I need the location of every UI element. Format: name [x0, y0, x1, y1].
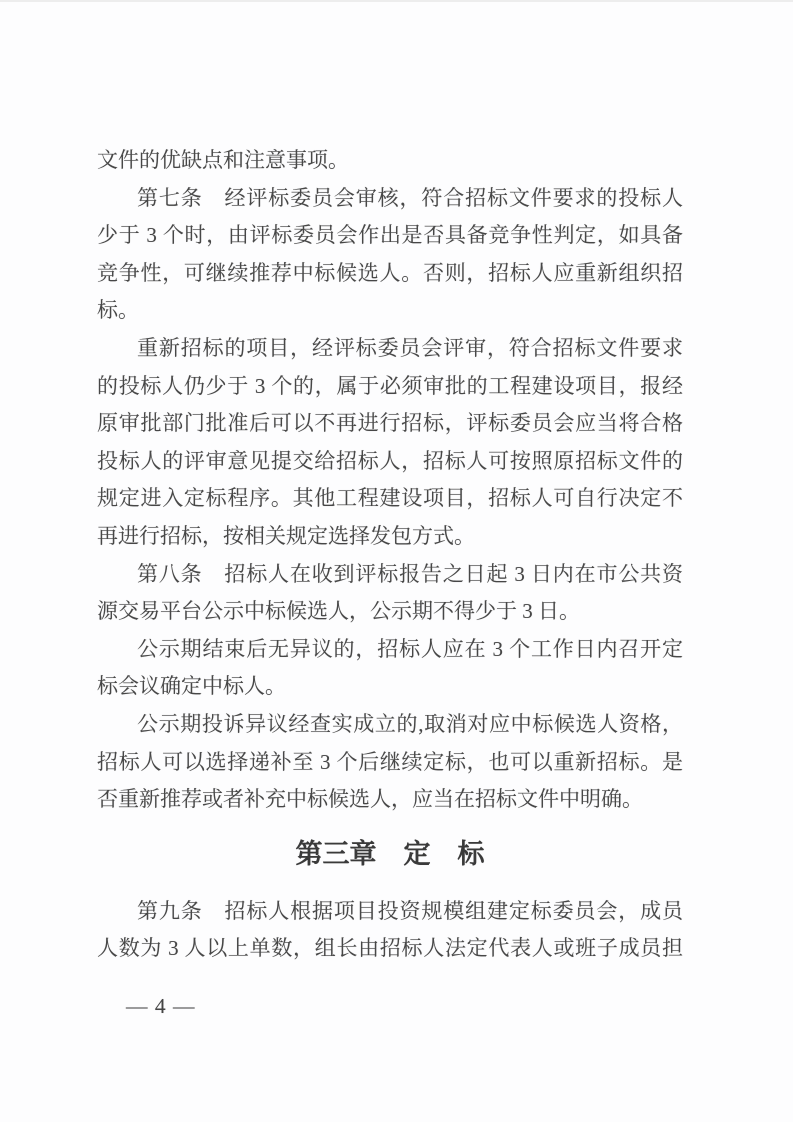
text-line: 公示期结束后无异议的，招标人应在 3 个工作日内召开定: [97, 631, 683, 669]
text-line: 标会议确定中标人。: [97, 668, 683, 706]
text-line: 文件的优缺点和注意事项。: [97, 142, 683, 180]
text-line: 招标人可以选择递补至 3 个后继续定标，也可以重新招标。是: [97, 744, 683, 782]
article-8-paragraph: 第八条 招标人在收到评标报告之日起 3 日内在市公共资 源交易平台公示中标候选人…: [97, 556, 683, 631]
rebid-procedure-paragraph: 重新招标的项目，经评标委员会评审，符合招标文件要求 的投标人仍少于 3 个的，属…: [97, 330, 683, 556]
text-line: 第七条 经评标委员会审核，符合招标文件要求的投标人: [97, 180, 683, 218]
chapter-3-heading: 第三章 定 标: [97, 834, 683, 874]
text-line: 源交易平台公示中标候选人，公示期不得少于 3 日。: [97, 593, 683, 631]
paragraph-continued: 文件的优缺点和注意事项。: [97, 142, 683, 180]
page-number: — 4 —: [126, 993, 196, 1019]
text-line: 投标人的评审意见提交给招标人，招标人可按照原招标文件的: [97, 443, 683, 481]
text-line: 否重新推荐或者补充中标候选人，应当在招标文件中明确。: [97, 781, 683, 819]
document-body: 文件的优缺点和注意事项。 第七条 经评标委员会审核，符合招标文件要求的投标人 少…: [97, 142, 683, 968]
publicity-no-objection-paragraph: 公示期结束后无异议的，招标人应在 3 个工作日内召开定 标会议确定中标人。: [97, 631, 683, 706]
text-line: 标。: [97, 292, 683, 330]
article-7-paragraph: 第七条 经评标委员会审核，符合招标文件要求的投标人 少于 3 个时，由评标委员会…: [97, 180, 683, 330]
text-line: 第八条 招标人在收到评标报告之日起 3 日内在市公共资: [97, 556, 683, 594]
text-line: 竞争性，可继续推荐中标候选人。否则，招标人应重新组织招: [97, 255, 683, 293]
article-9-paragraph: 第九条 招标人根据项目投资规模组建定标委员会，成员 人数为 3 人以上单数，组长…: [97, 893, 683, 968]
text-line: 再进行招标，按相关规定选择发包方式。: [97, 518, 683, 556]
text-line: 第九条 招标人根据项目投资规模组建定标委员会，成员: [97, 893, 683, 931]
text-line: 少于 3 个时，由评标委员会作出是否具备竞争性判定，如具备: [97, 217, 683, 255]
text-line: 公示期投诉异议经查实成立的,取消对应中标候选人资格，: [97, 706, 683, 744]
text-line: 原审批部门批准后可以不再进行招标，评标委员会应当将合格: [97, 405, 683, 443]
text-line: 人数为 3 人以上单数，组长由招标人法定代表人或班子成员担: [97, 930, 683, 968]
text-line: 的投标人仍少于 3 个的，属于必须审批的工程建设项目，报经: [97, 368, 683, 406]
publicity-objection-paragraph: 公示期投诉异议经查实成立的,取消对应中标候选人资格， 招标人可以选择递补至 3 …: [97, 706, 683, 819]
document-page: 文件的优缺点和注意事项。 第七条 经评标委员会审核，符合招标文件要求的投标人 少…: [0, 0, 793, 1122]
text-line: 规定进入定标程序。其他工程建设项目，招标人可自行决定不: [97, 480, 683, 518]
text-line: 重新招标的项目，经评标委员会评审，符合招标文件要求: [97, 330, 683, 368]
scan-edge-artifact: [0, 0, 793, 2]
